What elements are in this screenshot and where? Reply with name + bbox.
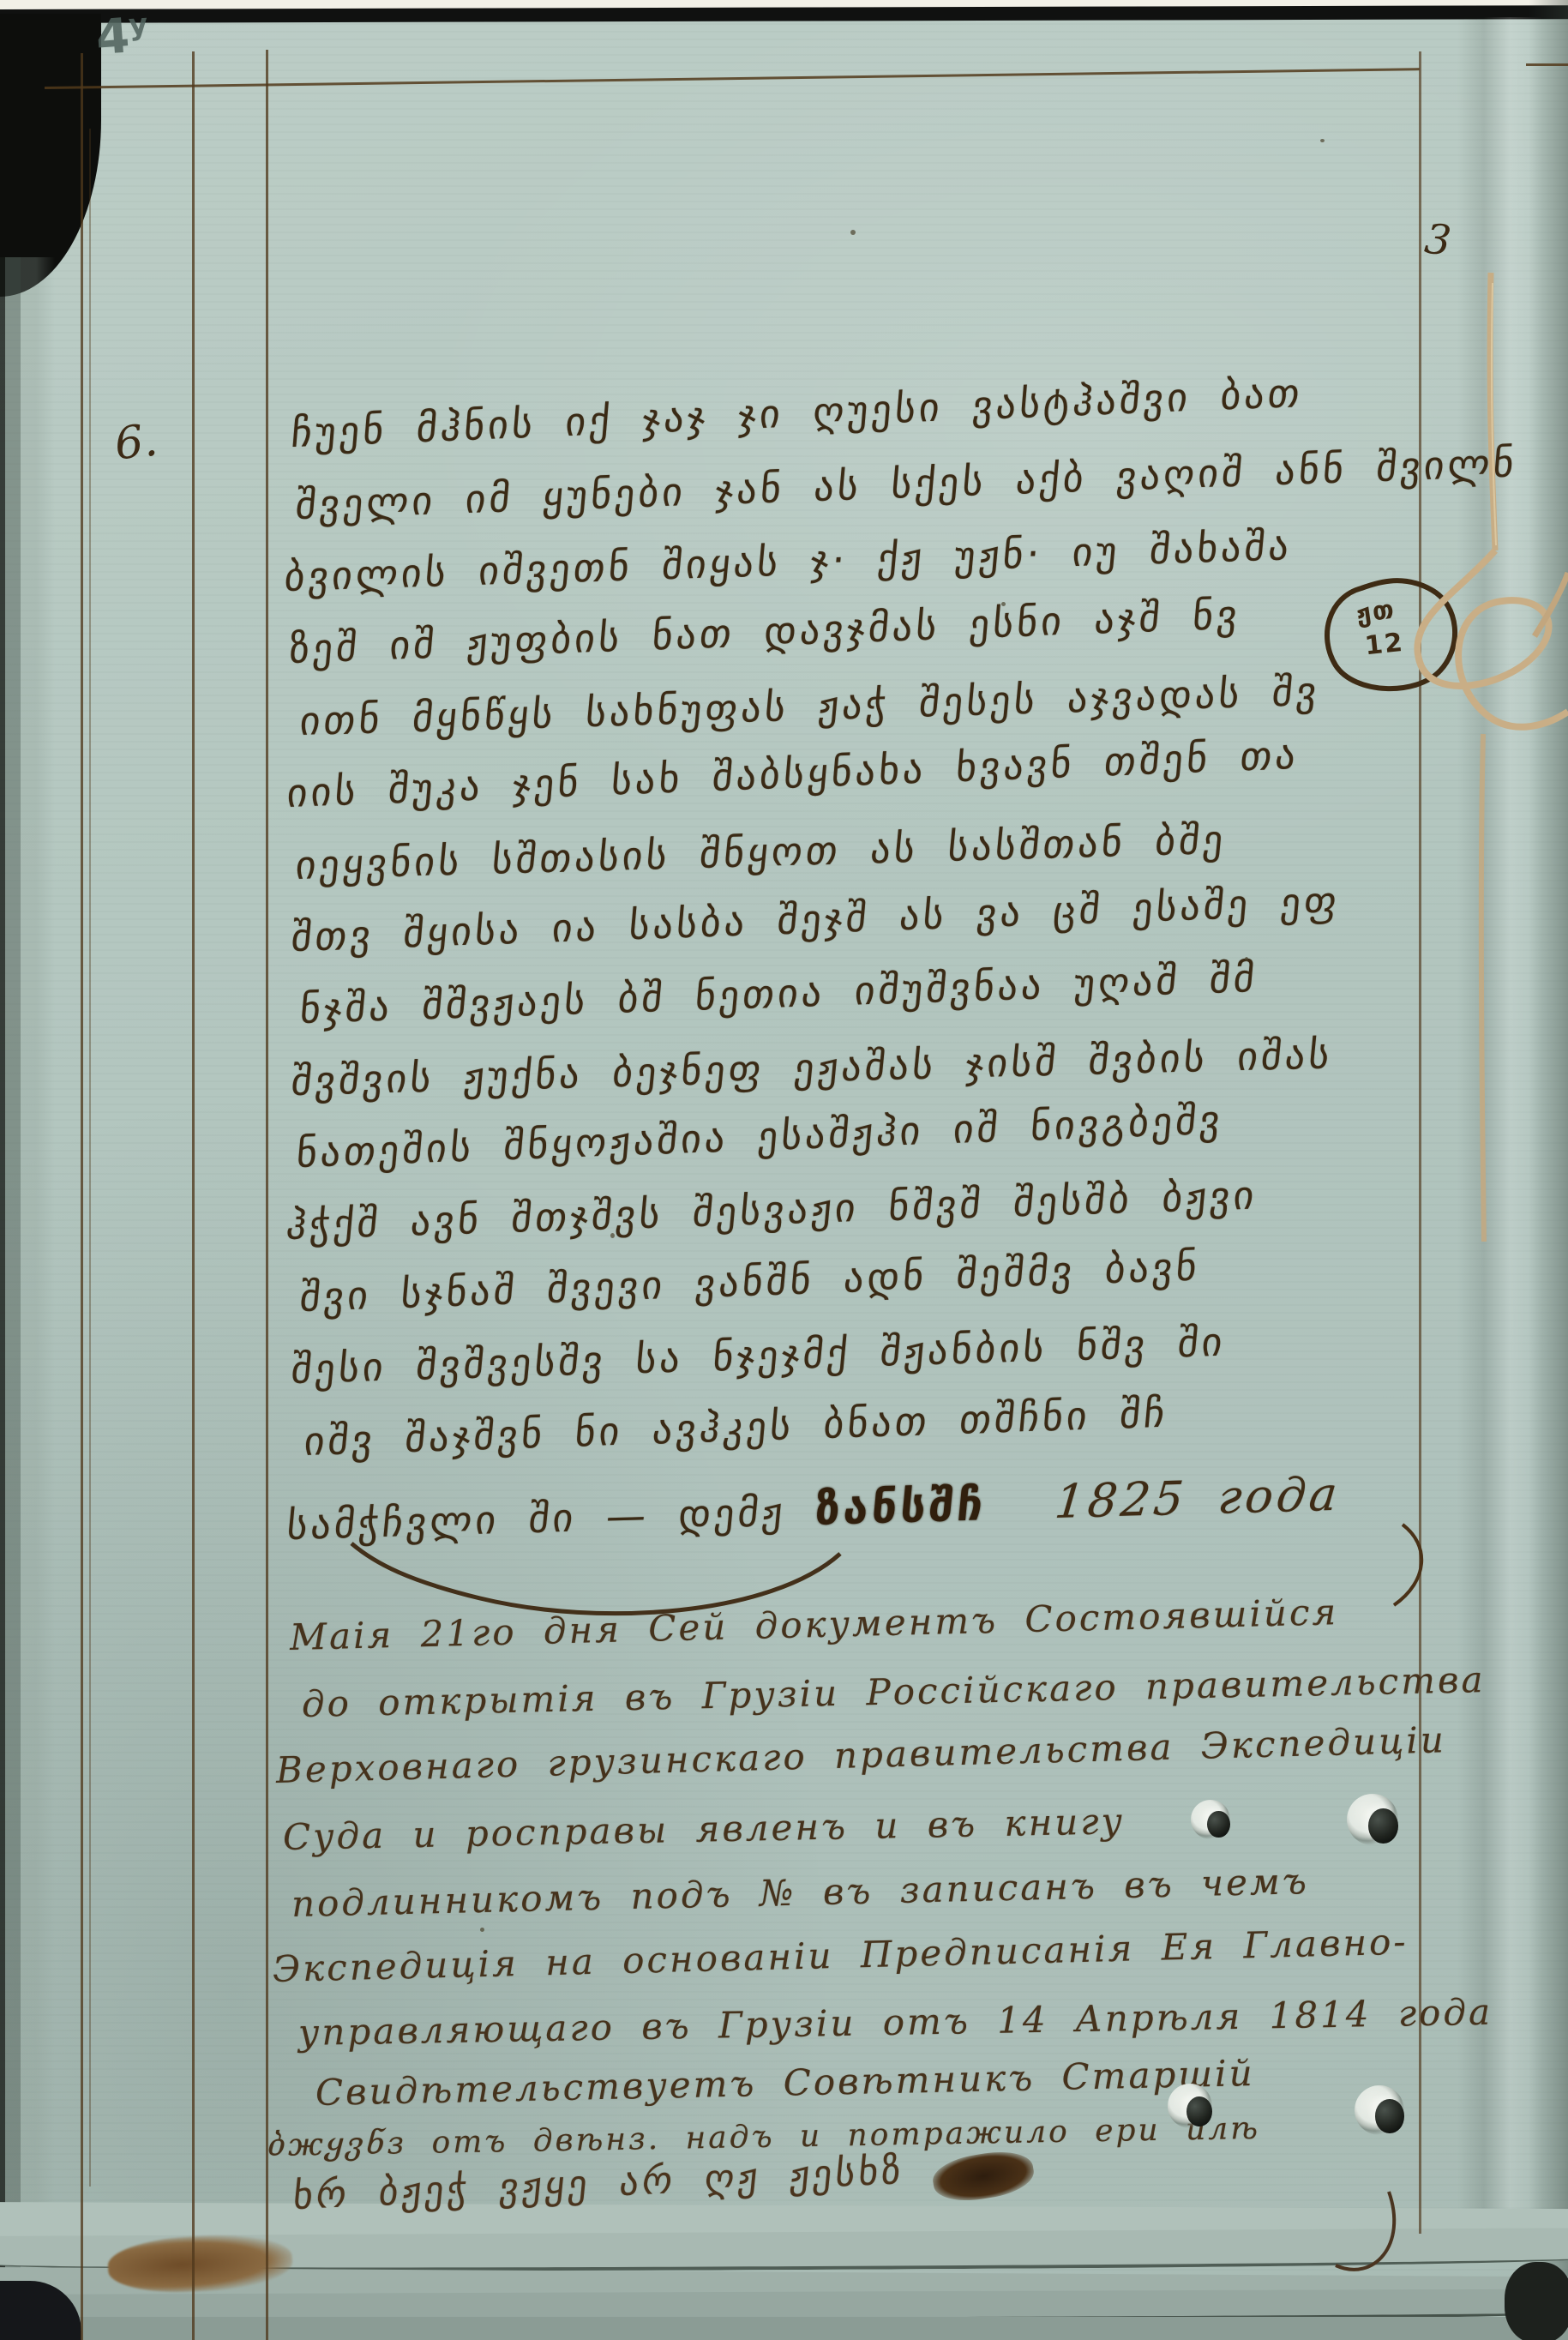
- paper-speck: [480, 1928, 484, 1932]
- punch-hole: [1191, 1800, 1230, 1839]
- punch-hole: [1168, 2084, 1212, 2128]
- paper-speck: [850, 230, 856, 235]
- paper-speck: [1001, 602, 1006, 606]
- ink-overlay: [0, 0, 1568, 2340]
- signature-flourish: [351, 1543, 840, 1614]
- flourish-curl: [1394, 1525, 1421, 1605]
- binding-thread-lower: [1481, 734, 1484, 1242]
- punch-hole: [1355, 2085, 1404, 2135]
- final-flourish: [1336, 2192, 1394, 2270]
- circled-annotation-top: ჟთ: [1355, 594, 1397, 629]
- paper-speck: [1320, 139, 1325, 142]
- punch-hole: [1347, 1794, 1398, 1845]
- circled-annotation-bottom: 12: [1363, 628, 1405, 662]
- manuscript-scan: 4у 3 6. ჩუენ მჰნის იქ ჯაჯ ჯი ღუესი ვასტჰ…: [0, 0, 1568, 2340]
- binding-thread-knot: [1417, 550, 1568, 727]
- paper-speck: [1245, 957, 1248, 961]
- paper-speck: [610, 1233, 615, 1238]
